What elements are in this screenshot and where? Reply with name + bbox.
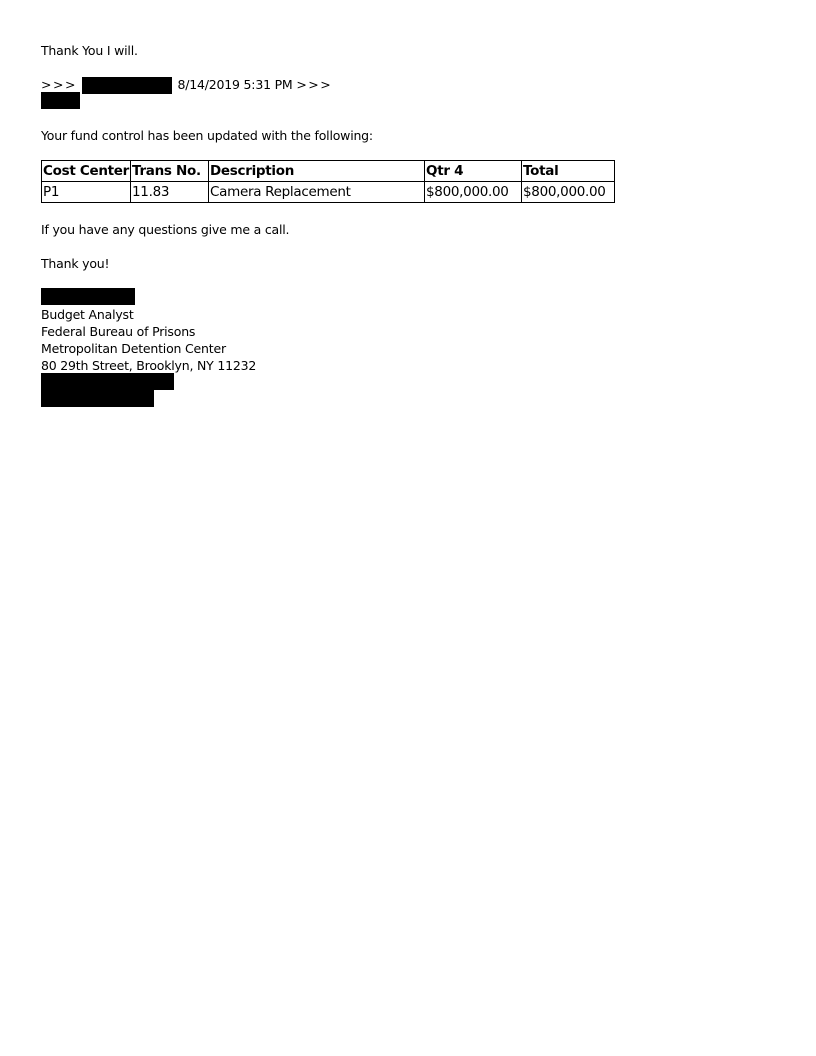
- signature-organization: Federal Bureau of Prisons: [41, 323, 195, 340]
- quote-datetime: 8/14/2019 5:31 PM: [177, 77, 292, 92]
- closing-question: If you have any questions give me a call…: [41, 221, 289, 238]
- cell-trans-no: 11.83: [131, 182, 209, 203]
- redacted-signature-name: [41, 288, 135, 305]
- redacted-contact-line-2: [41, 390, 154, 407]
- cell-total: $800,000.00: [522, 182, 615, 203]
- cell-description: Camera Replacement: [209, 182, 425, 203]
- opening-line: Thank You I will.: [41, 42, 138, 59]
- quote-prefix: >>>: [41, 77, 77, 92]
- header-total: Total: [522, 161, 615, 182]
- table-row: P1 11.83 Camera Replacement $800,000.00 …: [42, 182, 615, 203]
- header-trans-no: Trans No.: [131, 161, 209, 182]
- signature-facility: Metropolitan Detention Center: [41, 340, 226, 357]
- cell-cost-center: P1: [42, 182, 131, 203]
- redacted-sender-continued: [41, 92, 80, 109]
- header-description: Description: [209, 161, 425, 182]
- table-header-row: Cost Center Trans No. Description Qtr 4 …: [42, 161, 615, 182]
- intro-text: Your fund control has been updated with …: [41, 127, 373, 144]
- header-cost-center: Cost Center: [42, 161, 131, 182]
- signature-title: Budget Analyst: [41, 306, 134, 323]
- redacted-sender: [82, 77, 172, 94]
- quote-header: >>> 8/14/2019 5:31 PM >>>: [41, 76, 332, 94]
- redacted-contact-line-1: [41, 373, 174, 390]
- header-qtr-4: Qtr 4: [425, 161, 522, 182]
- quote-suffix: >>>: [296, 77, 332, 92]
- thanks-line: Thank you!: [41, 255, 109, 272]
- cell-qtr-4: $800,000.00: [425, 182, 522, 203]
- signature-address: 80 29th Street, Brooklyn, NY 11232: [41, 357, 256, 374]
- fund-control-table: Cost Center Trans No. Description Qtr 4 …: [41, 160, 615, 203]
